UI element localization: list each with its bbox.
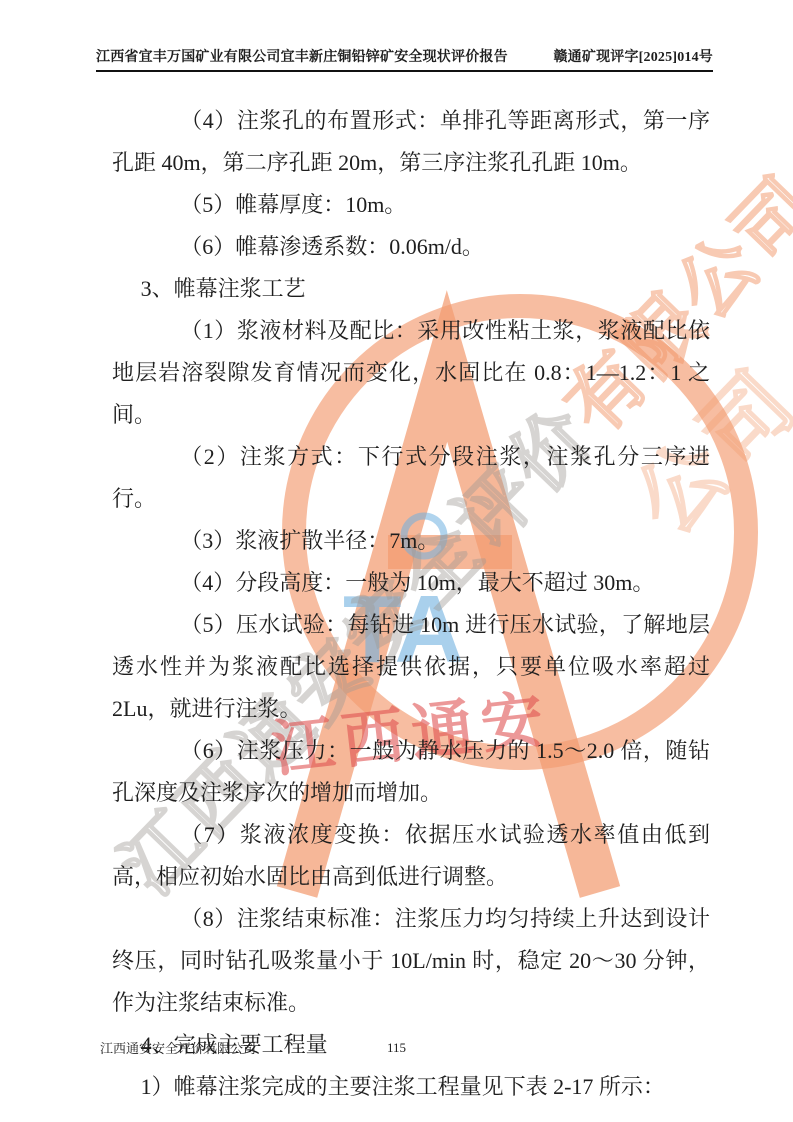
page-footer: 江西通安安全评价有限公司 115 (0, 1038, 793, 1058)
body-paragraph: （4）注浆孔的布置形式：单排孔等距离形式，第一序孔距 40m，第二序孔距 20m… (112, 100, 710, 184)
body-paragraph: （4）分段高度：一般为 10m，最大不超过 30m。 (112, 562, 710, 604)
body-paragraph: 1）帷幕注浆完成的主要注浆工程量见下表 2-17 所示： (112, 1066, 710, 1108)
body-paragraph: （2）注浆方式：下行式分段注浆，注浆孔分三序进行。 (112, 436, 710, 520)
body-paragraph: （5）帷幕厚度：10m。 (112, 184, 710, 226)
body-paragraph: （6）注浆压力：一般为静水压力的 1.5～2.0 倍，随钻孔深度及注浆序次的增加… (112, 730, 710, 814)
document-page: TA 江西通安安全评价有限公司 公司 江西通安 江西省宜丰万国矿业有限公司宜丰新… (0, 0, 793, 1122)
document-body: （4）注浆孔的布置形式：单排孔等距离形式，第一序孔距 40m，第二序孔距 20m… (112, 100, 710, 1108)
body-paragraph: （1）浆液材料及配比：采用改性粘土浆，浆液配比依地层岩溶裂隙发育情况而变化，水固… (112, 310, 710, 436)
page-number: 115 (0, 1040, 793, 1056)
header-doc-number: 赣通矿现评字[2025]014号 (553, 46, 713, 66)
body-paragraph: （7）浆液浓度变换：依据压水试验透水率值由低到高，相应初始水固比由高到低进行调整… (112, 814, 710, 898)
body-paragraph: （5）压水试验：每钻进 10m 进行压水试验，了解地层透水性并为浆液配比选择提供… (112, 604, 710, 730)
body-paragraph: （8）注浆结束标准：注浆压力均匀持续上升达到设计终压，同时钻孔吸浆量小于 10L… (112, 898, 710, 1024)
body-paragraph: （3）浆液扩散半径：7m。 (112, 520, 710, 562)
section-heading: 3、帷幕注浆工艺 (112, 268, 710, 310)
page-header: 江西省宜丰万国矿业有限公司宜丰新庄铜铅锌矿安全现状评价报告 赣通矿现评字[202… (96, 46, 713, 72)
header-report-title: 江西省宜丰万国矿业有限公司宜丰新庄铜铅锌矿安全现状评价报告 (96, 46, 508, 66)
body-paragraph: （6）帷幕渗透系数：0.06m/d。 (112, 226, 710, 268)
